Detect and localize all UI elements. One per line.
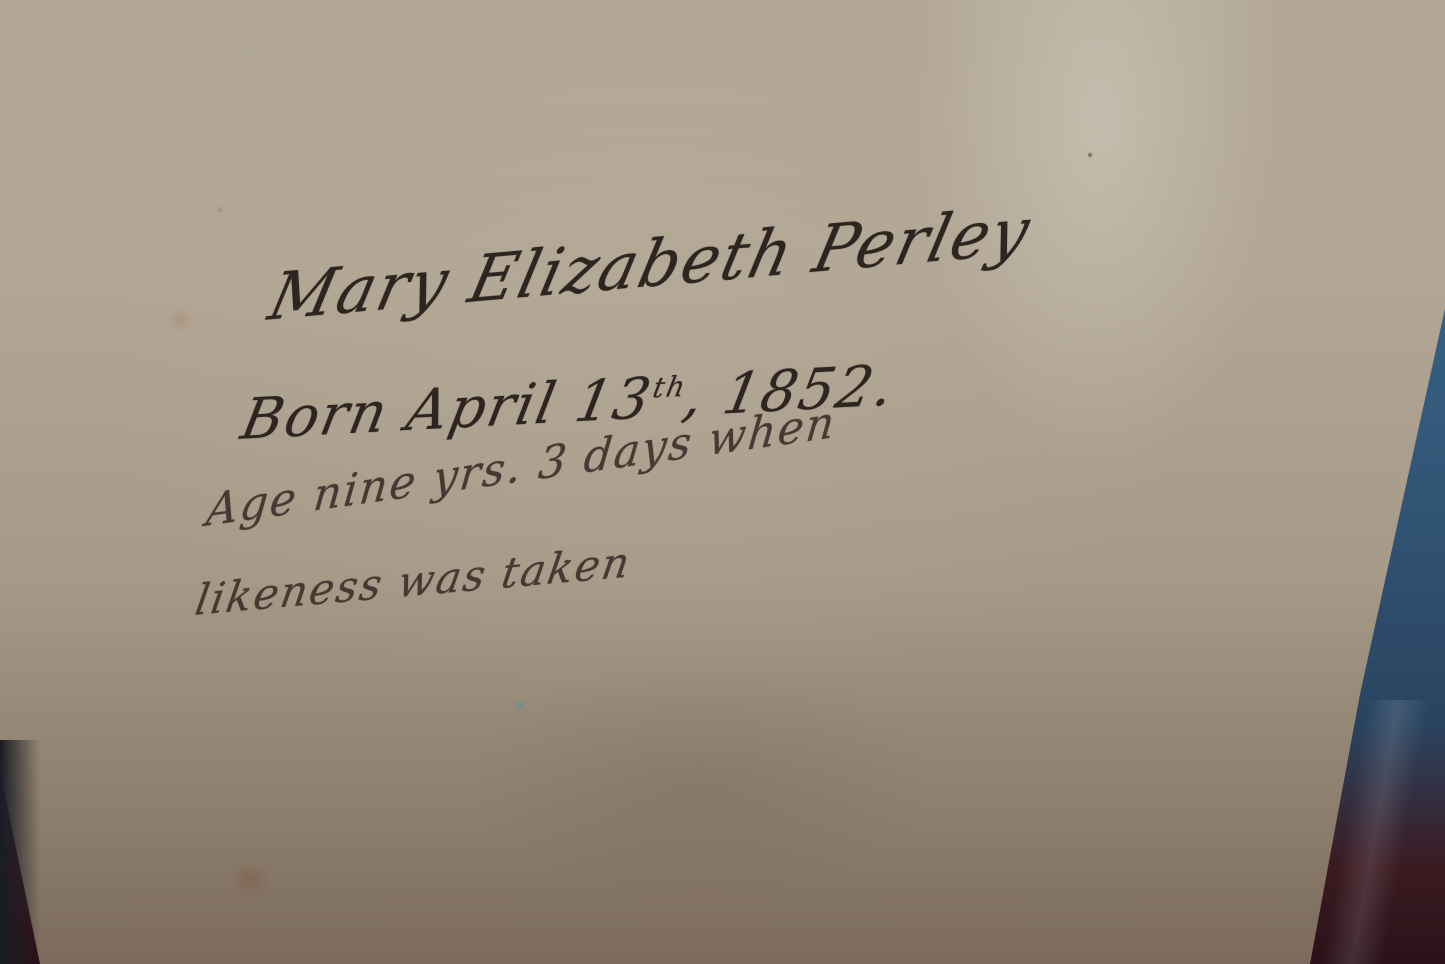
card-shadow xyxy=(0,740,40,964)
inscription-likeness: likeness was taken xyxy=(192,537,635,625)
inscription-name: Mary Elizabeth Perley xyxy=(262,194,1038,336)
photo-scene: Mary Elizabeth Perley Born April 13th, 1… xyxy=(0,0,1445,964)
glare-reflection xyxy=(1285,700,1445,964)
antique-card: Mary Elizabeth Perley Born April 13th, 1… xyxy=(0,0,1445,964)
